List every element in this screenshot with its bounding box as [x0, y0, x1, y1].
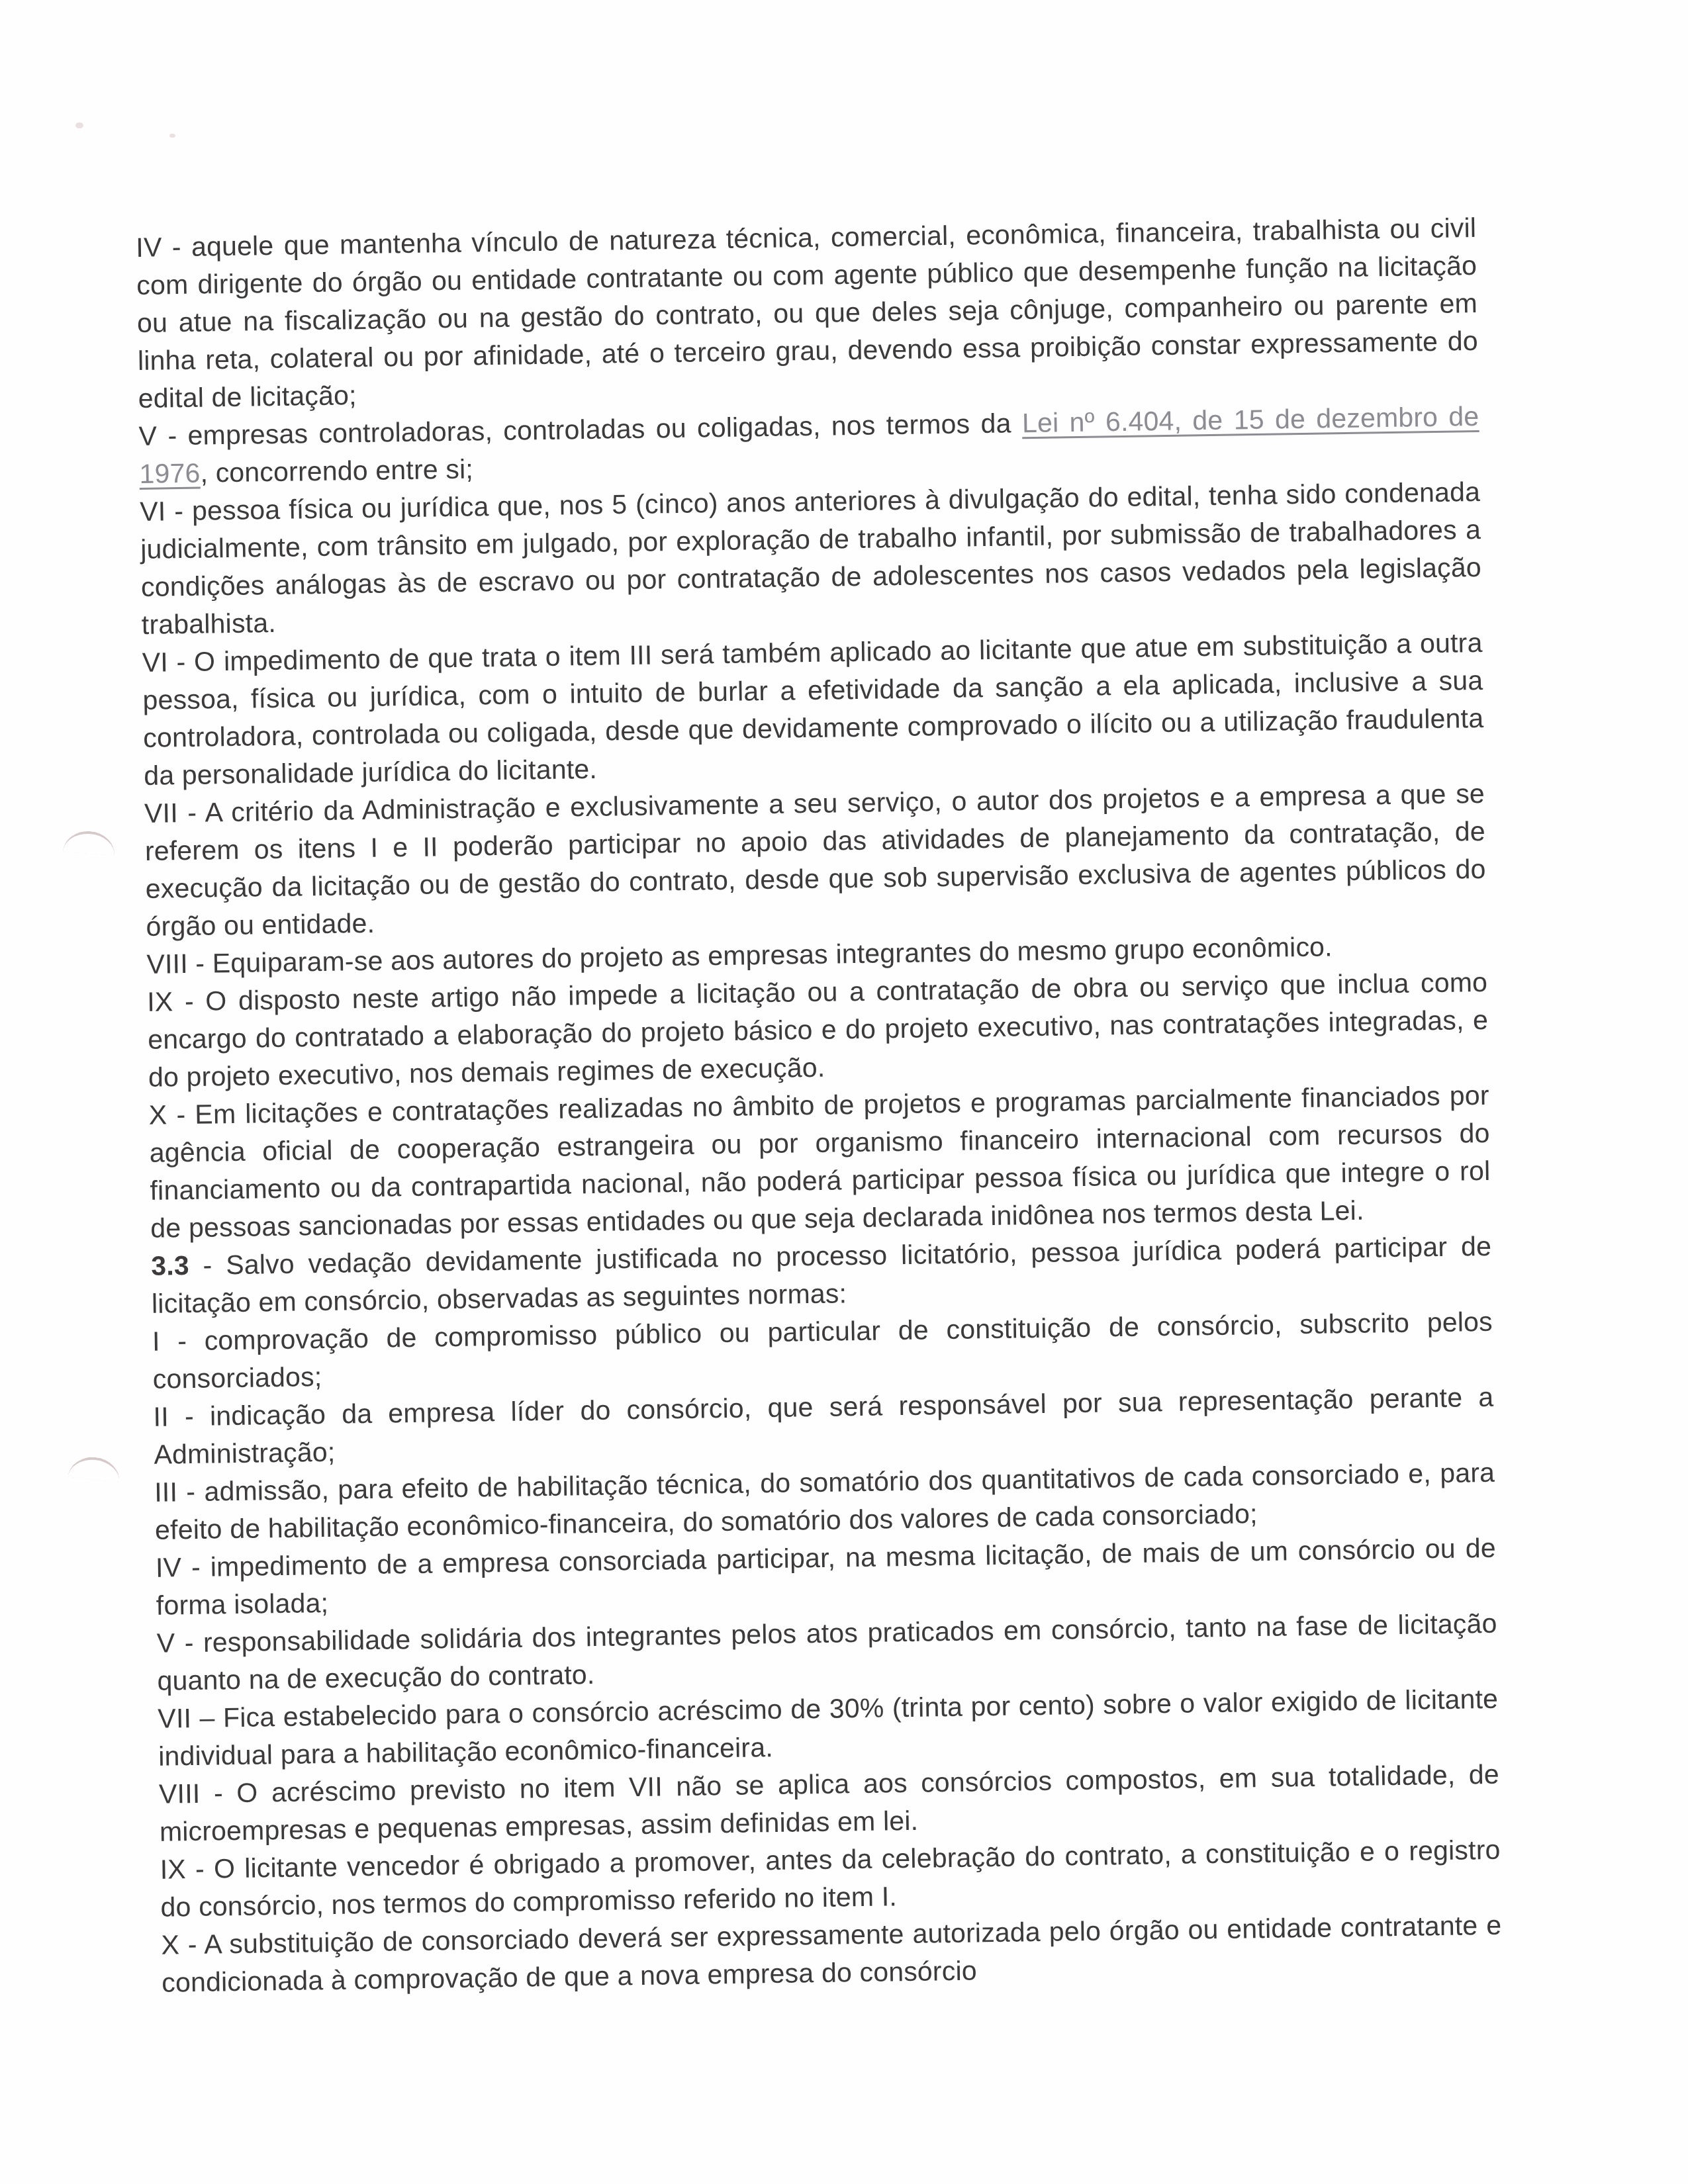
document-paragraph-4: VI - O impedimento de que trata o item I… — [142, 624, 1484, 795]
text-run: X - Em licitações e contratações realiza… — [149, 1080, 1491, 1244]
text-run: IV - aquele que mantenha vínculo de natu… — [136, 212, 1478, 414]
text-run: VI - O impedimento de que trata o item I… — [142, 627, 1483, 791]
text-run: VII - A critério da Administração e excl… — [144, 778, 1486, 942]
document-paragraph-3: VI - pessoa física ou jurídica que, nos … — [140, 473, 1482, 644]
text-run: VI - pessoa física ou jurídica que, nos … — [140, 477, 1481, 640]
document-paragraph-1: IV - aquele que mantenha vínculo de natu… — [136, 209, 1479, 418]
text-run: , concorrendo entre si; — [200, 453, 473, 488]
scan-speck — [75, 122, 83, 128]
document-paragraph-7: IX - O disposto neste artigo não impede … — [147, 964, 1489, 1097]
pen-stroke-mark — [68, 1455, 121, 1482]
document-paragraph-5: VII - A critério da Administração e excl… — [144, 775, 1487, 946]
scanned-document-page: IV - aquele que mantenha vínculo de natu… — [0, 0, 1688, 2184]
text-run: IX - O disposto neste artigo não impede … — [147, 967, 1488, 1093]
scan-speck — [169, 134, 175, 138]
text-run: X - A substituição de consorciado deverá… — [161, 1910, 1501, 1998]
document-paragraph-8: X - Em licitações e contratações realiza… — [148, 1077, 1491, 1248]
pen-stroke-mark — [63, 829, 116, 855]
section-number: 3.3 — [151, 1250, 189, 1281]
document-body: IV - aquele que mantenha vínculo de natu… — [136, 209, 1503, 2002]
